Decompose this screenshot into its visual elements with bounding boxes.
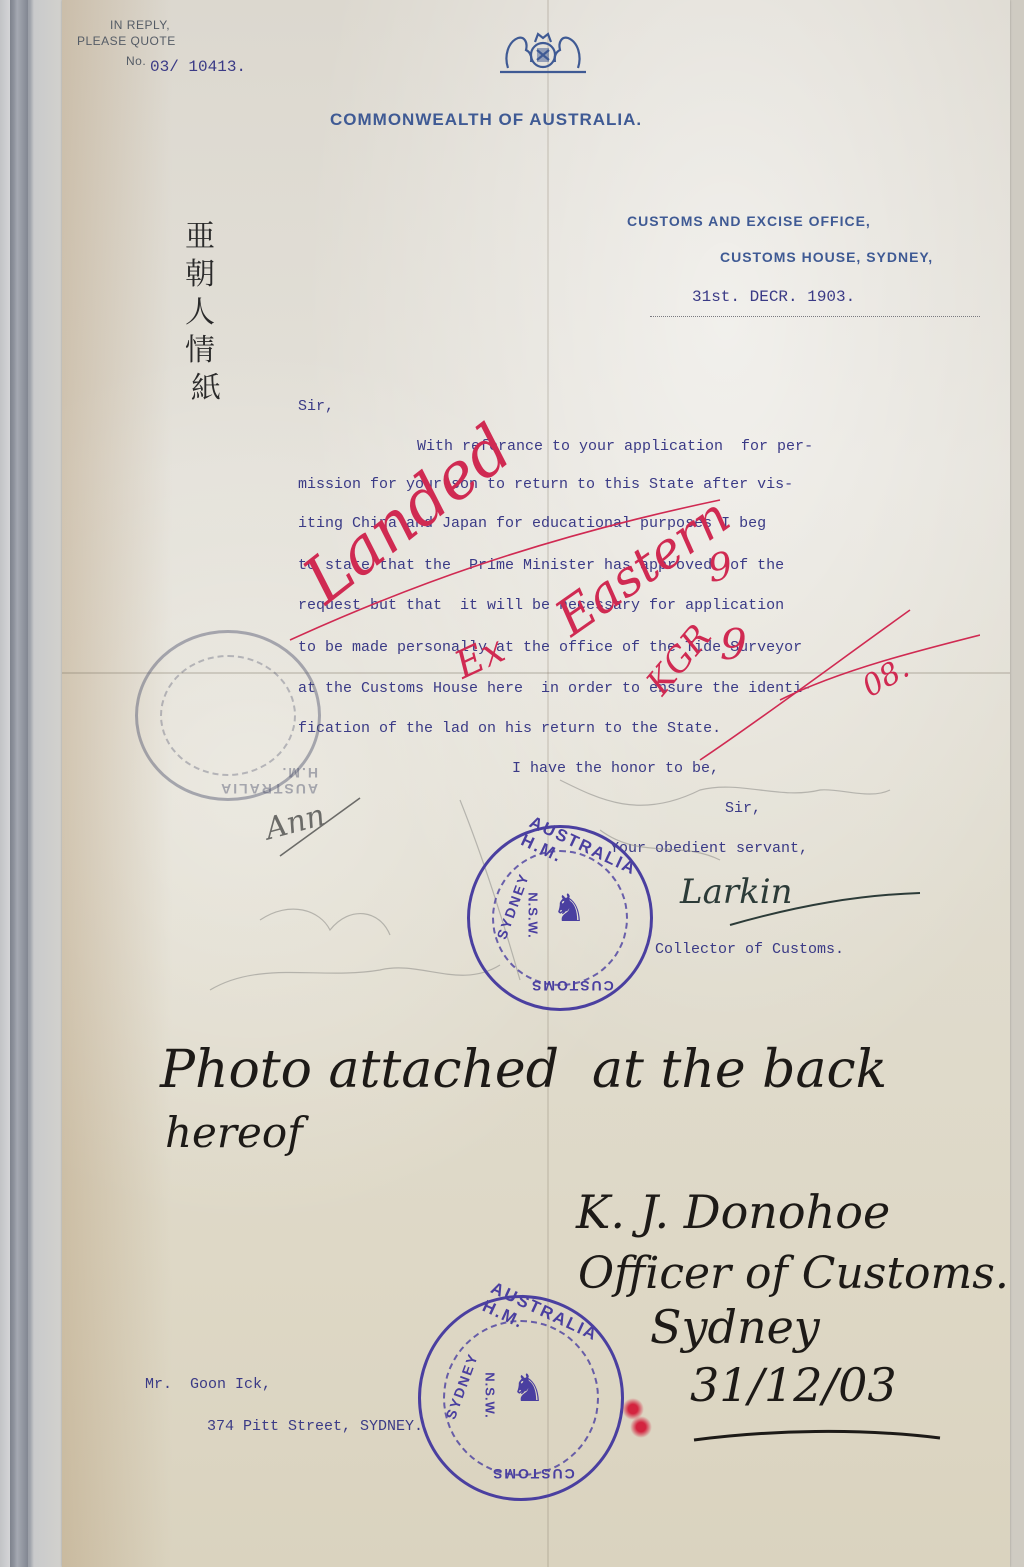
letterhead-title: COMMONWEALTH OF AUSTRALIA. [330,110,642,130]
officer-place: Sydney [650,1300,820,1354]
reply-label-2: PLEASE QUOTE [77,34,176,48]
officer-signature: K. J. Donohoe [576,1185,890,1239]
reply-label-1: IN REPLY, [95,18,185,32]
handwritten-photo-note-2: hereof [165,1108,303,1157]
chinese-char-5: 紙 [186,370,226,408]
date-rule [650,316,980,317]
faded-customs-stamp: AUSTRALIA H.M. [135,630,321,801]
chinese-char-4: 情 [180,332,220,370]
date-underline [690,1420,950,1450]
letter-date: 31st. DECR. 1903. [692,288,855,306]
red-strike-lines [280,470,980,770]
coat-of-arms-icon [488,22,598,78]
addressee-name: Mr. Goon Ick, [145,1376,271,1393]
officer-title: Officer of Customs. [578,1248,1009,1299]
chinese-char-1: 亜 [180,218,220,256]
reply-no-label: No. [126,54,146,68]
officer-date: 31/12/03 [690,1358,897,1412]
customs-stamp-lower: AUSTRALIA H.M. SYDNEY CUSTOMS N.S.W. ♞ [418,1295,624,1501]
chinese-char-2: 朝 [180,256,220,294]
lion-crest-icon: ♞ [552,886,586,931]
addressee-address: 374 Pitt Street, SYDNEY. [207,1418,423,1435]
lion-crest-icon: ♞ [511,1366,545,1411]
office-line-1: CUSTOMS AND EXCISE OFFICE, [627,213,871,229]
red-ink-blot [630,1416,652,1438]
customs-stamp-upper: AUSTRALIA H.M. SYDNEY CUSTOMS N.S.W. ♞ [467,825,653,1011]
chinese-char-3: 人 [180,294,220,332]
handwritten-photo-note: Photo attached at the back [160,1040,887,1100]
salutation: Sir, [298,398,334,415]
reply-number: 03/ 10413. [150,58,246,76]
office-line-2: CUSTOMS HOUSE, SYDNEY, [720,249,933,265]
sleeve-binding-rail [10,0,28,1567]
